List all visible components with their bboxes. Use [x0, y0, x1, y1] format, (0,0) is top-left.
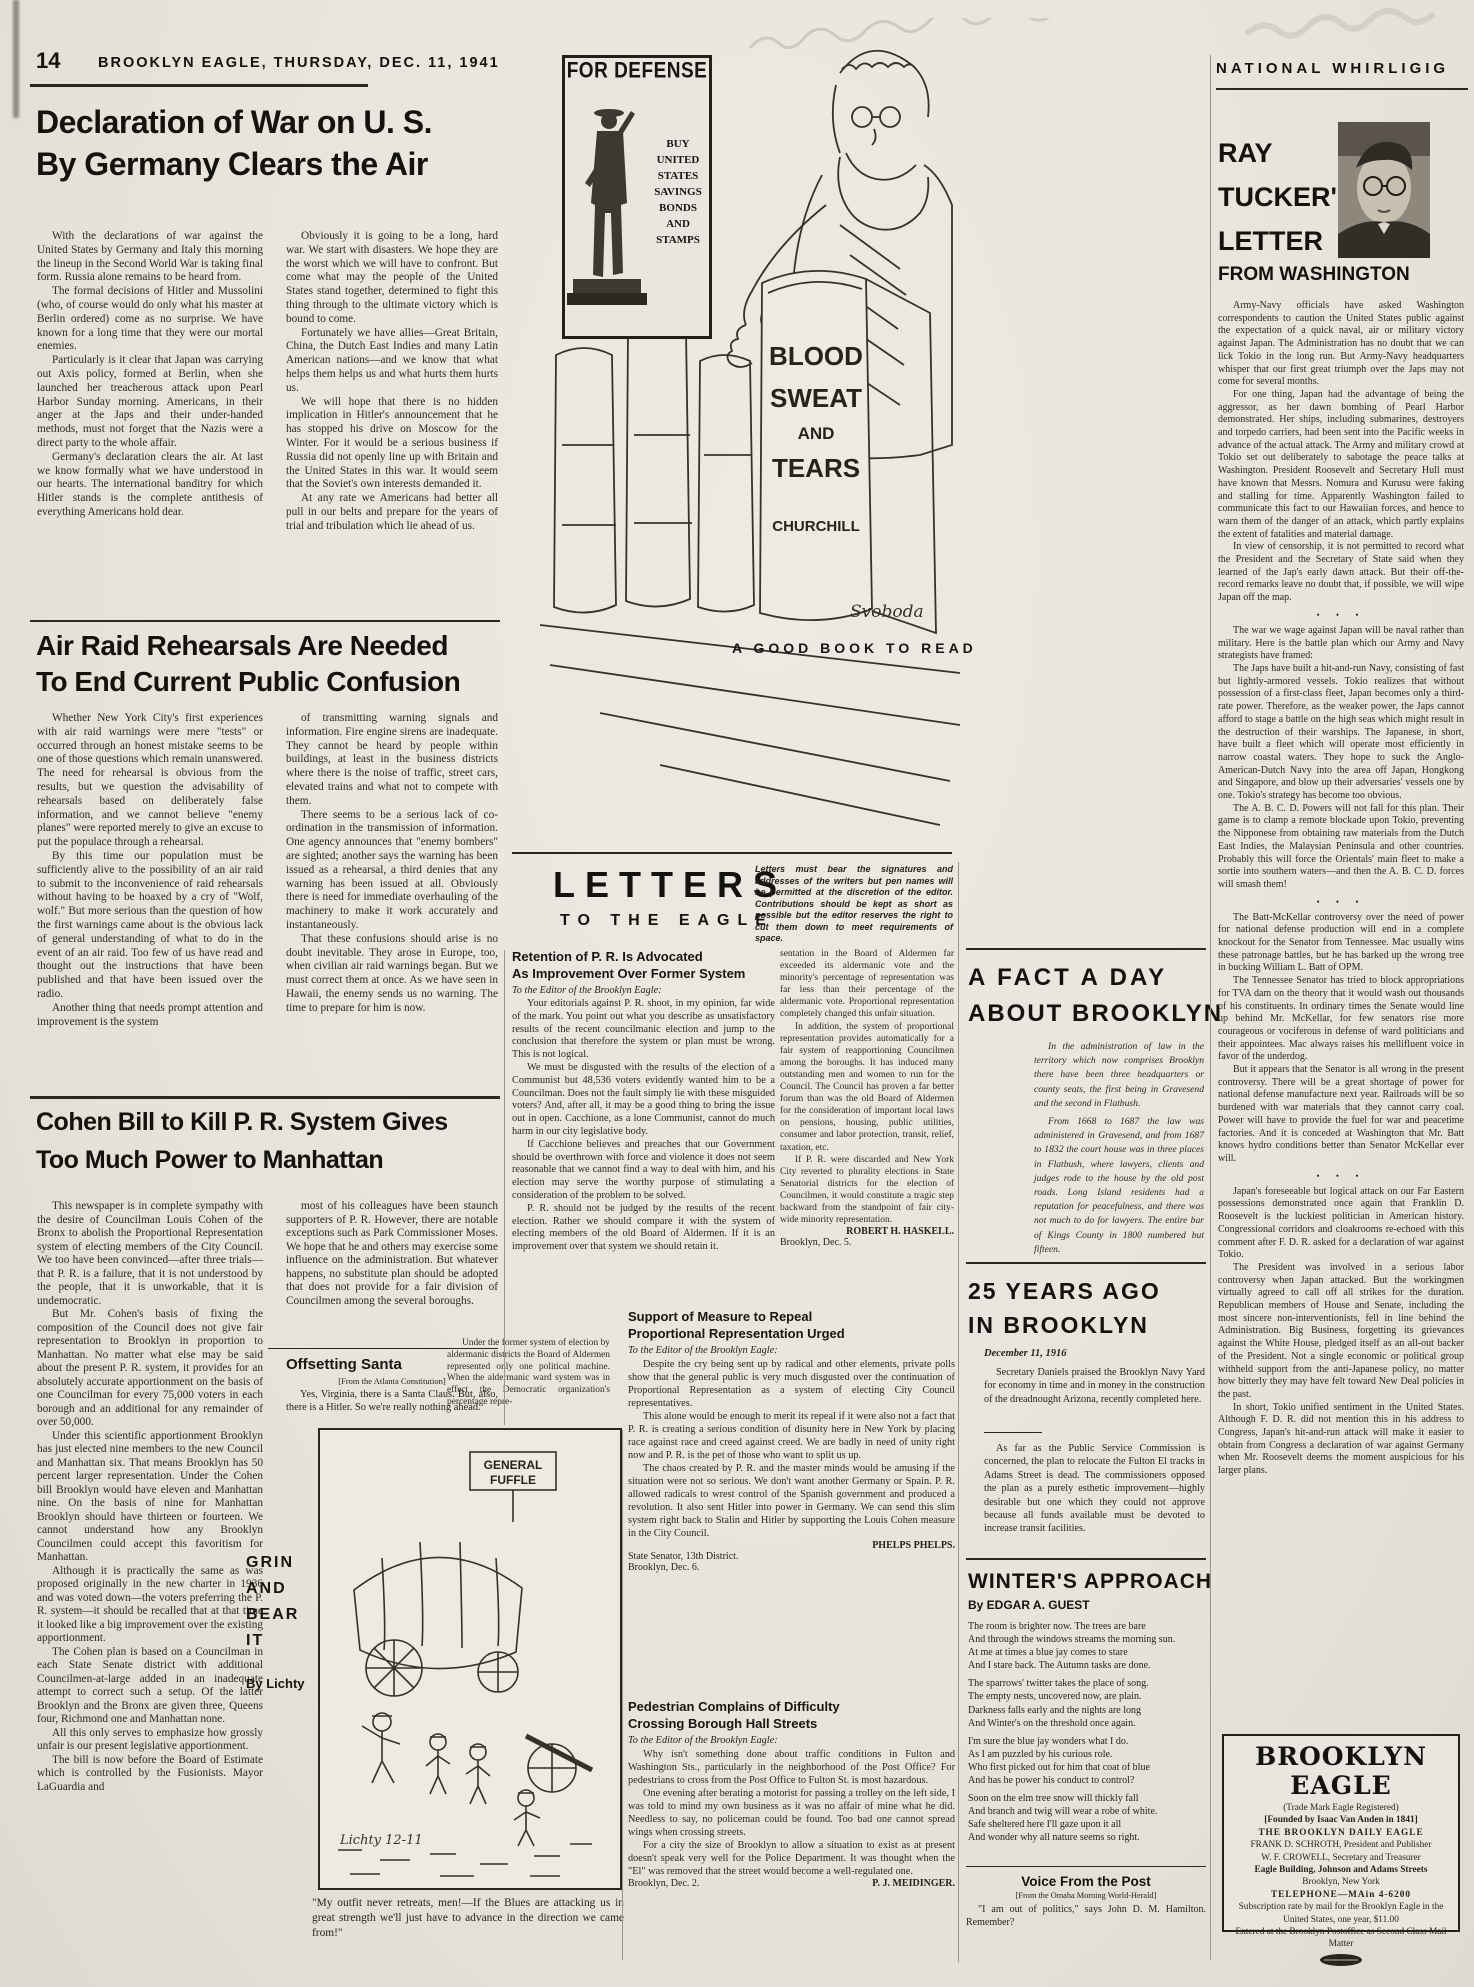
paragraph: sentation in the Board of Aldermen far e…: [780, 948, 954, 1021]
column-rule: [504, 950, 505, 1425]
paragraph: If Cacchione believes and preaches that …: [512, 1139, 775, 1203]
letter3: Pedestrian Complains of Difficulty Cross…: [628, 1698, 955, 1889]
whirligig-section-2: The war we wage against Japan will be na…: [1218, 625, 1464, 892]
buy-line: AND STAMPS: [645, 216, 711, 248]
years-divider: [984, 1432, 1042, 1433]
poem-line: At me at times a blue jay comes to stare: [968, 1646, 1206, 1659]
section-rule: [30, 1096, 500, 1099]
grin-cartoon-frame: GENERAL FUFFLE Lichty 12-11: [318, 1428, 622, 1890]
years-title-line1: 25 YEARS AGO: [968, 1278, 1161, 1305]
letter3-heading-line1: Pedestrian Complains of Difficulty: [628, 1698, 955, 1715]
letters-notice: Letters must bear the signatures and add…: [755, 864, 953, 945]
book-spine-word: BLOOD: [769, 341, 863, 371]
paragraph: The A. B. C. D. Powers will not fall for…: [1218, 803, 1464, 892]
paragraph: most of his colleagues have been staunch…: [286, 1200, 498, 1308]
tucker-title-line2: TUCKER'S: [1218, 182, 1355, 213]
buy-line: SAVINGS: [645, 184, 711, 200]
eagle-box-line: (Trade Mark Eagle Registered): [1232, 1802, 1450, 1814]
paragraph: But it appears that the Senator is all w…: [1218, 1064, 1464, 1166]
eagle-box-lines: (Trade Mark Eagle Registered)[Founded by…: [1224, 1802, 1458, 1951]
section-separator: • • •: [1218, 1171, 1464, 1181]
eagle-box-line: Brooklyn, New York: [1232, 1876, 1450, 1888]
poem-line: As I am puzzled by his curious role.: [968, 1748, 1206, 1761]
cartoonist-signature: Svoboda: [850, 602, 924, 622]
years-rule: [966, 1262, 1206, 1264]
letter2-heading-line1: Support of Measure to Repeal: [628, 1308, 955, 1325]
years-title-line2: IN BROOKLYN: [968, 1312, 1149, 1339]
poem-line: I'm sure the blue jay wonders what I do.: [968, 1735, 1206, 1748]
paragraph: For one thing, Japan had the advantage o…: [1218, 389, 1464, 541]
page-number: 14: [36, 48, 60, 74]
masthead-rule: [30, 84, 368, 87]
letter1-body: Your editorials against P. R. shoot, in …: [512, 998, 775, 1254]
paragraph: In short, Tokio unified sentiment in the…: [1218, 1402, 1464, 1478]
letter2-body: Despite the cry being sent up by radical…: [628, 1358, 955, 1540]
letters-rule: [512, 852, 952, 854]
buy-line: STATES: [645, 168, 711, 184]
paragraph: There seems to be a serious lack of co-o…: [286, 809, 498, 933]
winter-title: WINTER'S APPROACH: [968, 1570, 1212, 1594]
minuteman-statue-icon: [565, 83, 649, 333]
letter1-heading-line1: Retention of P. R. Is Advocated: [512, 948, 775, 965]
paragraph: In the administration of law in the terr…: [1034, 1040, 1204, 1111]
airraid-column-2: of transmitting warning signals and info…: [286, 712, 498, 1016]
years-date: December 11, 1916: [984, 1348, 1067, 1359]
fact-title-line2: ABOUT BROOKLYN: [968, 1000, 1223, 1028]
years-item-2: As far as the Public Service Commission …: [984, 1442, 1205, 1536]
cohen-column-2: most of his colleagues have been staunch…: [286, 1200, 498, 1308]
grin-word: IT: [246, 1628, 308, 1654]
eagle-box-line: THE BROOKLYN DAILY EAGLE: [1232, 1827, 1450, 1839]
scan-artifact: [13, 0, 19, 118]
eagle-ornament-icon: [1318, 1953, 1364, 1967]
paragraph: P. R. should not be judged by the result…: [512, 1203, 775, 1254]
eagle-box-line: Entered at the Brooklyn Postoffice as Se…: [1232, 1926, 1450, 1951]
defense-bonds-box: FOR DEFENSE BUYUNITEDSTATESSAVINGSBONDSA…: [562, 55, 712, 339]
airraid-headline-line2: To End Current Public Confusion: [36, 666, 460, 698]
paragraph: This newspaper is in complete sympathy w…: [37, 1200, 263, 1308]
grin-sign-line2: FUFFLE: [490, 1473, 536, 1487]
letter1-continuation: sentation in the Board of Aldermen far e…: [780, 948, 954, 1248]
declaration-headline-line1: Declaration of War on U. S.: [36, 104, 432, 141]
letter1-signature: ROBERT H. HASKELL.: [780, 1226, 954, 1237]
voice-body: "I am out of politics," says John D. M. …: [966, 1903, 1206, 1929]
paragraph: From 1668 to 1687 the law was administer…: [1034, 1115, 1204, 1257]
poem-line: And branch and twig will wear a robe of …: [968, 1805, 1206, 1818]
paragraph: Fortunately we have allies—Great Britain…: [286, 327, 498, 396]
winter-byline: By EDGAR A. GUEST: [968, 1598, 1090, 1612]
eagle-box-line: Eagle Building, Johnson and Adams Street…: [1232, 1864, 1450, 1876]
whirligig-section-3: The Batt-McKellar controversy over the n…: [1218, 912, 1464, 1166]
paragraph: Particularly is it clear that Japan was …: [37, 354, 263, 451]
paragraph: The war we wage against Japan will be na…: [1218, 625, 1464, 663]
poem-line: The empty nests, uncovered now, are plai…: [968, 1690, 1206, 1703]
letter1-dateline: Brooklyn, Dec. 5.: [780, 1237, 954, 1248]
letter3-signature: P. J. MEIDINGER.: [872, 1878, 955, 1889]
paragraph: The Cohen plan is based on a Councilman …: [37, 1646, 263, 1727]
paragraph: Army-Navy officials have asked Washingto…: [1218, 300, 1464, 389]
poem-line: The room is brighter now. The trees are …: [968, 1620, 1206, 1633]
letter1-continuation-body: sentation in the Board of Aldermen far e…: [780, 948, 954, 1226]
letter1-tail: Under the former system of election by a…: [447, 1338, 610, 1409]
buy-line: BUY: [645, 136, 711, 152]
poem-line: And Winter's on the threshold once again…: [968, 1717, 1206, 1730]
paragraph: The Batt-McKellar controversy over the n…: [1218, 912, 1464, 976]
grin-cartoon-drawing: GENERAL FUFFLE Lichty 12-11: [320, 1430, 616, 1884]
paragraph: But Mr. Cohen's basis of fixing the comp…: [37, 1308, 263, 1430]
eagle-box-line: TELEPHONE—MAin 4-6200: [1232, 1889, 1450, 1901]
letter2-dateline: Brooklyn, Dec. 6.: [628, 1562, 955, 1573]
fact-title-line1: A FACT A DAY: [968, 964, 1167, 992]
paragraph: For a city the size of Brooklyn to allow…: [628, 1839, 955, 1878]
paragraph: The formal decisions of Hitler and Musso…: [37, 285, 263, 354]
letter2-salutation: To the Editor of the Brooklyn Eagle:: [628, 1345, 955, 1356]
paragraph: If P. R. were discarded and New York Cit…: [780, 1154, 954, 1227]
grin-sign-line1: GENERAL: [484, 1458, 543, 1472]
declaration-column-2: Obviously it is going to be a long, hard…: [286, 230, 498, 534]
cohen-headline-line2: Too Much Power to Manhattan: [36, 1146, 383, 1175]
paragraph: Your editorials against P. R. shoot, in …: [512, 998, 775, 1062]
poem-line: The sparrows' twitter takes the place of…: [968, 1677, 1206, 1690]
grin-byline: By Lichty: [246, 1676, 305, 1691]
letter2-signature2: State Senator, 13th District.: [628, 1551, 955, 1562]
buy-line: UNITED: [645, 152, 711, 168]
declaration-headline-line2: By Germany Clears the Air: [36, 146, 428, 183]
whirligig-section-1: Army-Navy officials have asked Washingto…: [1218, 300, 1464, 605]
letter3-body: Why isn't something done about traffic c…: [628, 1748, 955, 1878]
section-separator: • • •: [1218, 897, 1464, 907]
grin-word: GRIN: [246, 1550, 308, 1576]
buy-line: BONDS: [645, 200, 711, 216]
eagle-box-line: Subscription rate by mail for the Brookl…: [1232, 1901, 1450, 1926]
letter1-salutation: To the Editor of the Brooklyn Eagle:: [512, 985, 775, 996]
book-spine-word: AND: [798, 424, 835, 443]
section-separator: • • •: [1218, 610, 1464, 620]
paragraph: Under the former system of election by a…: [447, 1338, 610, 1409]
book-author: CHURCHILL: [772, 518, 860, 535]
newspaper-masthead: BROOKLYN EAGLE, THURSDAY, DEC. 11, 1941: [98, 55, 500, 71]
column-rule: [958, 862, 959, 1962]
paragraph: The Tennessee Senator has tried to block…: [1218, 975, 1464, 1064]
good-book-caption: A GOOD BOOK TO READ: [732, 640, 977, 656]
paragraph: Why isn't something done about traffic c…: [628, 1748, 955, 1787]
letter2-heading-line2: Proportional Representation Urged: [628, 1325, 955, 1342]
declaration-column-1: With the declarations of war against the…: [37, 230, 263, 520]
letter2: Support of Measure to Repeal Proportiona…: [628, 1308, 955, 1573]
ray-tucker-portrait: [1338, 122, 1430, 258]
eagle-box-line: [Founded by Isaac Van Anden in 1841]: [1232, 1814, 1450, 1826]
tucker-title-line3: LETTER: [1218, 226, 1323, 257]
airraid-headline-line1: Air Raid Rehearsals Are Needed: [36, 630, 448, 662]
paragraph: The chaos created by P. R. and the maste…: [628, 1462, 955, 1540]
letter1-heading-line2: As Improvement Over Former System: [512, 965, 775, 982]
whirligig-section-4: Japan's foreseeable but logical attack o…: [1218, 1186, 1464, 1478]
book-spine-word: SWEAT: [770, 383, 862, 413]
airraid-column-1: Whether New York City's first experience…: [37, 712, 263, 1029]
whirligig-kicker: NATIONAL WHIRLIGIG: [1216, 60, 1449, 77]
paragraph: Japan's foreseeable but logical attack o…: [1218, 1186, 1464, 1262]
voice-from-post: Voice From the Post [From the Omaha Morn…: [966, 1874, 1206, 1929]
paragraph: This alone would be enough to merit its …: [628, 1410, 955, 1462]
grin-caption: "My outfit never retreats, men!—If the B…: [312, 1896, 624, 1941]
poem-line: And I stare back. The Autumn tasks are d…: [968, 1659, 1206, 1672]
years-item-1: Secretary Daniels praised the Brooklyn N…: [984, 1366, 1205, 1406]
paragraph: All this only serves to emphasize how gr…: [37, 1727, 263, 1754]
paragraph: With the declarations of war against the…: [37, 230, 263, 285]
letter3-dateline: Brooklyn, Dec. 2.: [628, 1878, 699, 1889]
grin-artist-signature: Lichty 12-11: [339, 1833, 423, 1848]
paragraph: Despite the cry being sent up by radical…: [628, 1358, 955, 1410]
paragraph: In addition, the system of proportional …: [780, 1021, 954, 1154]
paragraph: At any rate we Americans had better all …: [286, 492, 498, 533]
section-rule: [30, 620, 500, 622]
grin-word: BEAR: [246, 1602, 308, 1628]
poem-line: And through the windows streams the morn…: [968, 1633, 1206, 1646]
whirligig-kicker-rule: [1216, 88, 1468, 90]
column-rule: [622, 1430, 623, 1960]
voice-title: Voice From the Post: [966, 1874, 1206, 1889]
paragraph: By this time our population must be suff…: [37, 850, 263, 1002]
paragraph: The bill is now before the Board of Esti…: [37, 1754, 263, 1795]
grin-and-bear-it-label: GRINANDBEARIT: [246, 1550, 308, 1654]
paragraph: The President was involved in a serious …: [1218, 1262, 1464, 1402]
paragraph: That these confusions should arise is no…: [286, 933, 498, 1016]
paragraph: of transmitting warning signals and info…: [286, 712, 498, 809]
letter3-heading-line2: Crossing Borough Hall Streets: [628, 1715, 955, 1732]
book-spine-word: TEARS: [772, 453, 860, 483]
eagle-box-line: FRANK D. SCHROTH, President and Publishe…: [1232, 1839, 1450, 1851]
buy-bonds-text: BUYUNITEDSTATESSAVINGSBONDSAND STAMPS: [645, 136, 711, 248]
paragraph: Obviously it is going to be a long, hard…: [286, 230, 498, 327]
fact-body: In the administration of law in the terr…: [1034, 1040, 1204, 1261]
paragraph: One evening after berating a motorist fo…: [628, 1787, 955, 1839]
eagle-box-title: BROOKLYN EAGLE: [1224, 1742, 1458, 1800]
paragraph: Under this scientific apportionment Broo…: [37, 1430, 263, 1565]
bleedthrough-scribble: [1240, 6, 1460, 58]
poem-line: Safe sheltered here I'll gaze upon it al…: [968, 1818, 1206, 1831]
poem-line: Darkness falls early and the nights are …: [968, 1704, 1206, 1717]
tucker-subtitle: FROM WASHINGTON: [1218, 264, 1410, 286]
paragraph: We will hope that there is no hidden imp…: [286, 396, 498, 493]
letters-title: LETTERS: [553, 864, 787, 906]
paragraph: Although it is practically the same as w…: [37, 1565, 263, 1646]
poem-line: And wonder why all nature seems so right…: [968, 1831, 1206, 1844]
cohen-column-1: This newspaper is in complete sympathy w…: [37, 1200, 263, 1794]
defense-header: FOR DEFENSE: [565, 59, 709, 84]
poem-line: And has he power his conduct to control?: [968, 1774, 1206, 1787]
paragraph: Whether New York City's first experience…: [37, 712, 263, 850]
cohen-headline-line1: Cohen Bill to Kill P. R. System Gives: [36, 1108, 448, 1137]
eagle-box-line: W. F. CROWELL, Secretary and Treasurer: [1232, 1852, 1450, 1864]
letter2-signature: PHELPS PHELPS.: [628, 1540, 955, 1551]
winter-poem: The room is brighter now. The trees are …: [968, 1620, 1206, 1845]
paragraph: We must be disgusted with the results of…: [512, 1062, 775, 1139]
paragraph: The Japs have built a hit-and-run Navy, …: [1218, 663, 1464, 803]
letter1: Retention of P. R. Is Advocated As Impro…: [512, 948, 775, 1254]
letters-subtitle: TO THE EAGLE: [560, 912, 774, 930]
poem-line: Who first picked out for him that coat o…: [968, 1761, 1206, 1774]
winter-rule: [966, 1558, 1206, 1560]
poem-line: Soon on the elm tree snow will thickly f…: [968, 1792, 1206, 1805]
paragraph: Another thing that needs prompt attentio…: [37, 1002, 263, 1030]
newspaper-page: 14 BROOKLYN EAGLE, THURSDAY, DEC. 11, 19…: [0, 0, 1474, 1987]
eagle-masthead-box: BROOKLYN EAGLE (Trade Mark Eagle Registe…: [1222, 1734, 1460, 1932]
tucker-title-line1: RAY: [1218, 138, 1273, 169]
paragraph: Germany's declaration clears the air. At…: [37, 451, 263, 520]
voice-credit: [From the Omaha Morning World-Herald]: [966, 1891, 1206, 1900]
voice-rule: [966, 1866, 1206, 1867]
paragraph: In view of censorship, it is not permitt…: [1218, 541, 1464, 605]
grin-word: AND: [246, 1576, 308, 1602]
whirligig-column: Army-Navy officials have asked Washingto…: [1218, 300, 1464, 1478]
column-rule: [1210, 55, 1211, 1960]
letter3-salutation: To the Editor of the Brooklyn Eagle:: [628, 1735, 955, 1746]
fact-rule: [966, 948, 1206, 950]
